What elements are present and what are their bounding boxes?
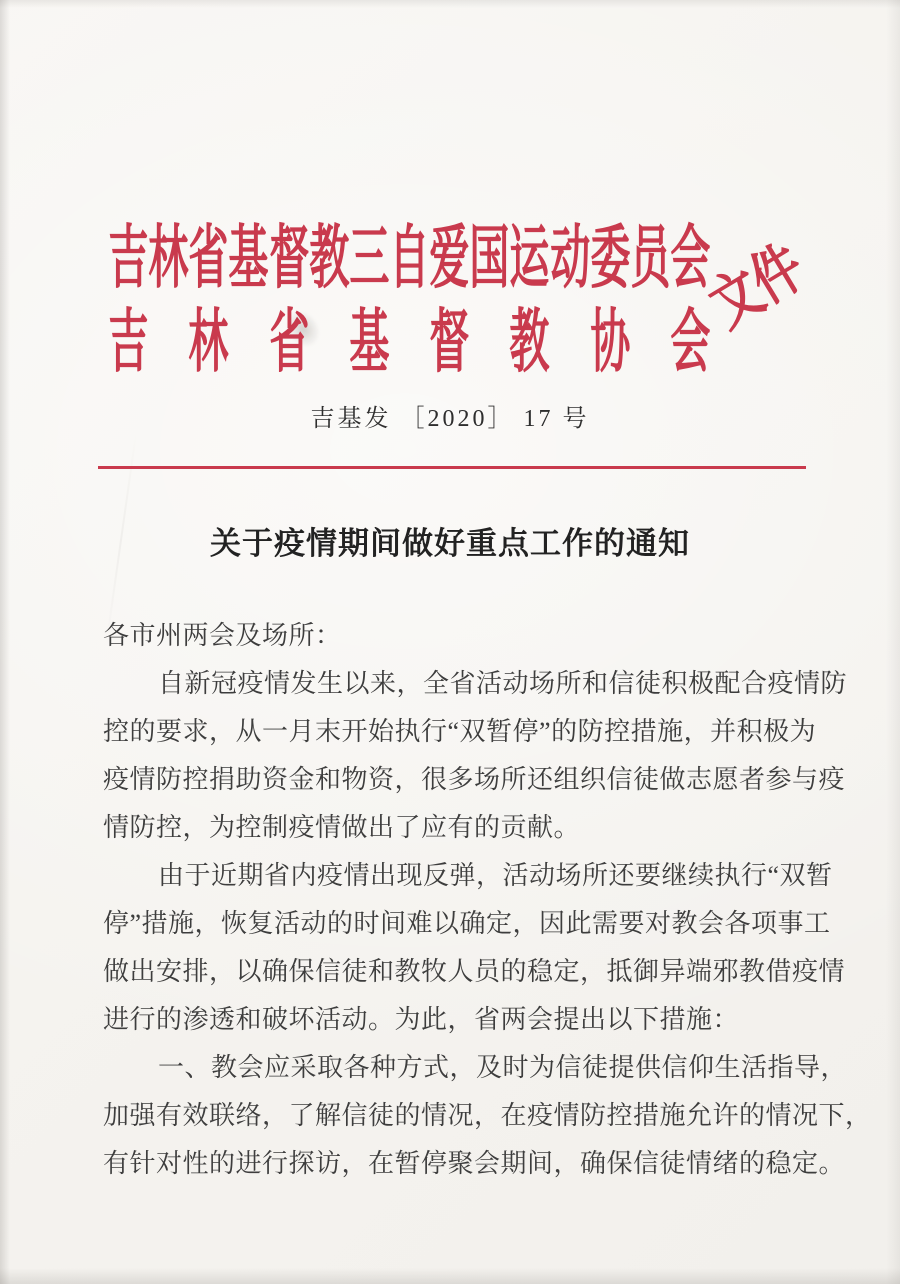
body-text-line: 各市州两会及场所： (103, 612, 815, 660)
letterhead-char: 基 (229, 220, 252, 296)
body-text-line: 进行的渗透和破坏活动。为此，省两会提出以下措施： (103, 996, 815, 1044)
body-text-line: 由于近期省内疫情出现反弹，活动场所还要继续执行“双暂 (103, 852, 815, 900)
scan-shadow-bottom (0, 1268, 900, 1284)
letterhead-char: 会 (670, 220, 693, 296)
letterhead-char: 林 (189, 304, 212, 380)
letterhead-char: 自 (389, 220, 412, 296)
letterhead-char: 督 (430, 304, 453, 380)
scan-shadow-left (0, 0, 10, 1284)
letterhead-char: 协 (590, 304, 613, 380)
document-body: 各市州两会及场所：自新冠疫情发生以来，全省活动场所和信徒积极配合疫情防控的要求，… (103, 612, 815, 1188)
letterhead-org-line-2: 吉林省基督教协会 (100, 304, 702, 380)
letterhead-char: 三 (349, 220, 372, 296)
letterhead-char: 督 (269, 220, 292, 296)
body-text-line: 自新冠疫情发生以来，全省活动场所和信徒积极配合疫情防 (103, 660, 815, 708)
letterhead-char: 会 (670, 304, 693, 380)
letterhead-char: 教 (309, 220, 332, 296)
letterhead-char: 爱 (430, 220, 453, 296)
letterhead-char: 国 (470, 220, 493, 296)
body-text-line: 情防控，为控制疫情做出了应有的贡献。 (103, 804, 815, 852)
body-text-line: 有针对性的进行探访，在暂停聚会期间，确保信徒情绪的稳定。 (103, 1140, 815, 1188)
letterhead-char: 吉 (108, 304, 131, 380)
letterhead-divider-rule (98, 466, 806, 469)
body-text-line: 停”措施，恢复活动的时间难以确定，因此需要对教会各项事工 (103, 900, 815, 948)
letterhead-char: 动 (550, 220, 573, 296)
scan-shadow-top (0, 0, 900, 8)
letterhead-char: 员 (630, 220, 653, 296)
letterhead-char: 林 (149, 220, 172, 296)
body-text-line: 疫情防控捐助资金和物资，很多场所还组织信徒做志愿者参与疫 (103, 756, 815, 804)
scanned-document-page: 吉林省基督教三自爱国运动委员会 吉林省基督教协会 文件 吉基发 ［2020］ 1… (0, 0, 900, 1284)
letterhead-char: 基 (349, 304, 372, 380)
letterhead-doc-type-label: 文件 (700, 235, 815, 337)
letterhead-char: 吉 (108, 220, 131, 296)
body-text-line: 做出安排，以确保信徒和教牧人员的稳定，抵御异端邪教借疫情 (103, 948, 815, 996)
letterhead-org-line-1: 吉林省基督教三自爱国运动委员会 (100, 220, 702, 296)
letterhead-char: 教 (510, 304, 533, 380)
document-title: 关于疫情期间做好重点工作的通知 (0, 518, 900, 563)
scan-shadow-right (886, 0, 900, 1284)
body-text-line: 一、教会应采取各种方式，及时为信徒提供信仰生活指导， (103, 1044, 815, 1092)
document-number: 吉基发 ［2020］ 17 号 (0, 398, 900, 433)
letterhead-char: 省 (269, 304, 292, 380)
body-text-line: 控的要求，从一月末开始执行“双暂停”的防控措施，并积极为 (103, 708, 815, 756)
letterhead-char: 运 (510, 220, 533, 296)
letterhead-char: 委 (590, 220, 613, 296)
body-text-line: 加强有效联络，了解信徒的情况，在疫情防控措施允许的情况下， (103, 1092, 815, 1140)
letterhead-char: 省 (189, 220, 212, 296)
